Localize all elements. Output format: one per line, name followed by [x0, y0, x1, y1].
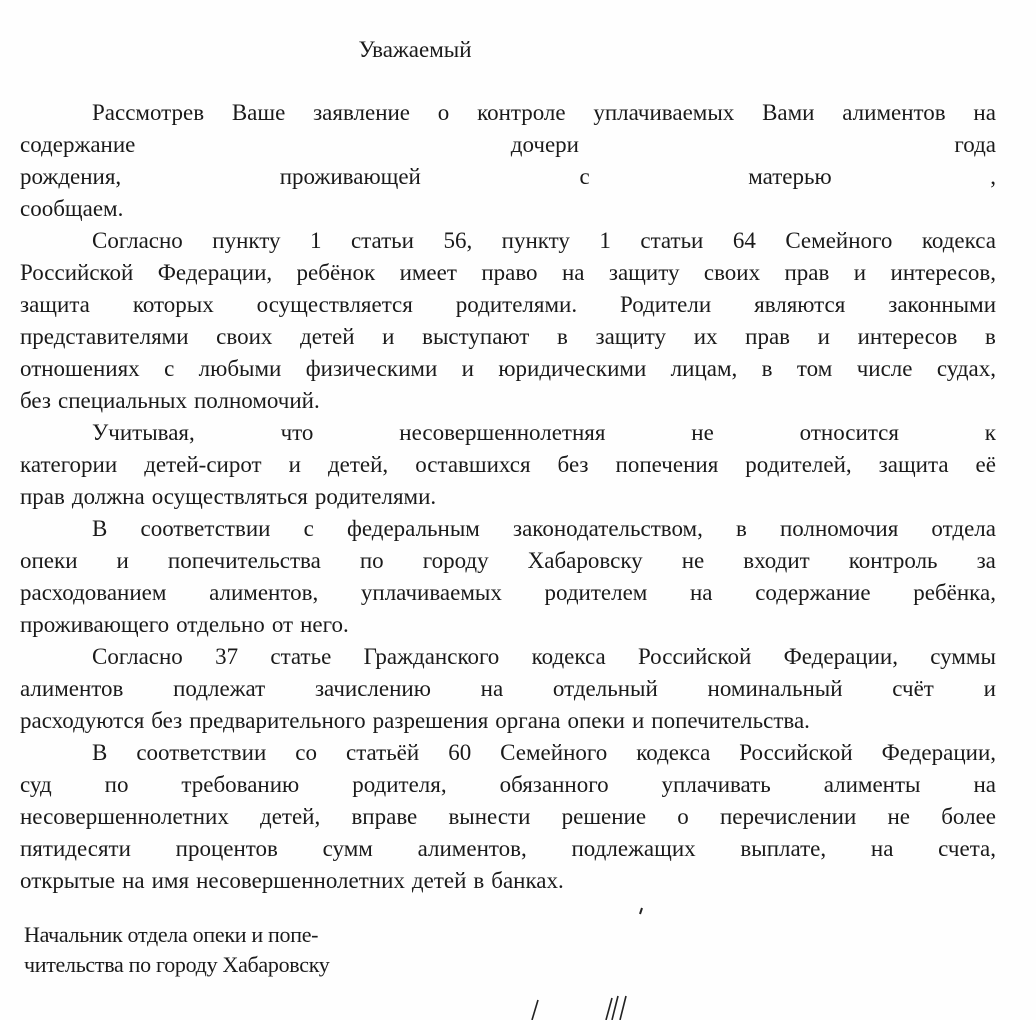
- paragraph-4-line-2: опекиипопечительствапогородуХабаровскуне…: [20, 545, 996, 577]
- paragraph-1-line-4: сообщаем.: [20, 193, 996, 225]
- paragraph-6-line-4: пятидесятипроцентовсуммалиментов,подлежа…: [20, 833, 996, 865]
- paragraph-4-line-1: Всоответствиисфедеральнымзаконодательств…: [92, 513, 996, 545]
- signature-block: Начальник отдела опеки и попе- чительств…: [24, 920, 330, 980]
- paragraph-6-line-1: Всоответствиисостатьёй60Семейногокодекса…: [92, 737, 996, 769]
- paragraph-6-line-3: несовершеннолетнихдетей,вправевынестиреш…: [20, 801, 996, 833]
- paragraph-6-line-2: судпотребованиюродителя,обязанногоуплачи…: [20, 769, 996, 801]
- paragraph-5-line-2: алиментовподлежатзачислениюнаотдельныйно…: [20, 673, 996, 705]
- paragraph-2-line-3: защитакоторыхосуществляетсяродителями.Ро…: [20, 289, 996, 321]
- paragraph-2-line-4: представителямисвоихдетейивыступаютвзащи…: [20, 321, 996, 353]
- paragraph-5-line-1: Согласно37статьеГражданскогокодексаРосси…: [92, 641, 996, 673]
- paragraph-4-line-3: расходованиемалиментов,уплачиваемыхродит…: [20, 577, 996, 609]
- paragraph-2-line-1: Согласнопункту1статьи56,пункту1статьи64С…: [92, 225, 996, 257]
- paragraph-3-line-2: категориидетей-сиротидетей,оставшихсябез…: [20, 449, 996, 481]
- paragraph-3-line-1: Учитывая,чтонесовершеннолетняянеотноситс…: [92, 417, 996, 449]
- paragraph-1-line-2: содержаниедочеригода: [20, 129, 996, 161]
- paragraph-1-line-1: РассмотревВашезаявлениеоконтролеуплачива…: [92, 97, 996, 129]
- paragraph-2-line-6: безспециальныхполномочий.: [20, 385, 996, 417]
- paragraph-5-line-3: расходуютсябезпредварительногоразрешения…: [20, 705, 996, 737]
- letter-page: Уважаемый РассмотревВашезаявлениеоконтро…: [0, 0, 1036, 1020]
- greeting: Уважаемый: [0, 34, 830, 66]
- paragraph-6-line-5: открытыенаимянесовершеннолетнихдетейвбан…: [20, 865, 996, 897]
- signatory-title-line-1: Начальник отдела опеки и попе-: [24, 920, 330, 950]
- handwritten-signature: [500, 900, 680, 1020]
- signatory-title-line-2: чительства по городу Хабаровску: [24, 950, 330, 980]
- paragraph-1-line-3: рождения,проживающейсматерью,: [20, 161, 996, 193]
- paragraph-2-line-5: отношенияхслюбымифизическимииюридическим…: [20, 353, 996, 385]
- paragraph-4-line-4: проживающегоотдельноотнего.: [20, 609, 996, 641]
- paragraph-3-line-3: правдолжнаосуществлятьсяродителями.: [20, 481, 996, 513]
- paragraph-2-line-2: РоссийскойФедерации,ребёнокимеетправоназ…: [20, 257, 996, 289]
